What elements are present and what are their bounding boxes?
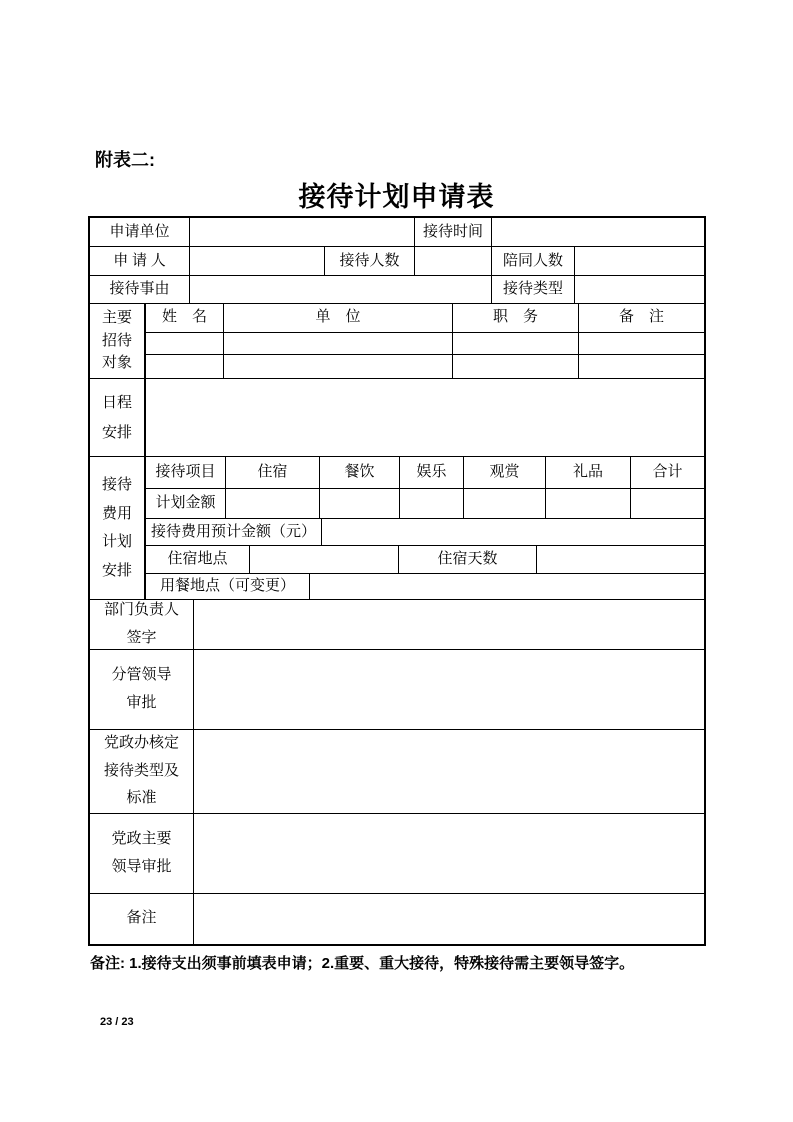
main-guests-section: 主要 招待 对象 姓 名 单 位 职 务 备 注 — [90, 304, 704, 379]
guest-remark-input[interactable] — [579, 355, 704, 378]
expense-plan-stub-label: 接待 费用 计划 安排 — [90, 457, 146, 599]
schedule-section: 日程 安排 — [90, 379, 704, 457]
schedule-input[interactable] — [146, 379, 704, 456]
main-guests-stub-label: 主要 招待 对象 — [90, 304, 146, 378]
expense-col-dining: 餐饮 — [320, 457, 400, 488]
page-number: 23 / 23 — [100, 1016, 134, 1028]
guest-count-label: 接待人数 — [325, 247, 415, 275]
remarks-section: 备注 — [90, 894, 704, 944]
main-leader-approval-section: 党政主要 领导审批 — [90, 814, 704, 894]
supervising-leader-approval-label: 分管领导 审批 — [90, 650, 194, 729]
expense-col-gifts: 礼品 — [546, 457, 631, 488]
companion-count-input[interactable] — [575, 247, 704, 275]
page-title: 接待计划申请表 — [0, 175, 793, 214]
dept-head-signature-section: 部门负责人 签字 — [90, 600, 704, 650]
applicant-unit-label: 申请单位 — [90, 218, 190, 246]
lodging-days-input[interactable] — [537, 546, 704, 573]
expense-col-lodging: 住宿 — [226, 457, 320, 488]
remarks-label: 备注 — [90, 894, 194, 944]
appendix-label: 附表二: — [95, 146, 155, 172]
main-leader-approval-input[interactable] — [194, 814, 704, 893]
companion-count-label: 陪同人数 — [492, 247, 575, 275]
dept-head-signature-input[interactable] — [194, 600, 704, 649]
main-guests-grid: 姓 名 单 位 职 务 备 注 — [146, 304, 704, 378]
reception-reason-input[interactable] — [190, 276, 492, 303]
guest-name-input[interactable] — [146, 333, 224, 355]
guest-row — [146, 355, 704, 378]
lodging-row: 住宿地点 住宿天数 — [146, 546, 704, 574]
lodging-place-label: 住宿地点 — [146, 546, 250, 573]
guest-name-input[interactable] — [146, 355, 224, 378]
lodging-place-input[interactable] — [250, 546, 399, 573]
guest-position-header: 职 务 — [453, 304, 579, 332]
application-form-table: 申请单位 接待时间 申 请 人 接待人数 陪同人数 接待事由 接待类型 主要 招… — [88, 216, 706, 946]
office-verification-label: 党政办核定 接待类型及 标准 — [90, 730, 194, 813]
guest-unit-input[interactable] — [224, 333, 453, 355]
lodging-days-label: 住宿天数 — [399, 546, 537, 573]
guest-position-input[interactable] — [453, 333, 579, 355]
amount-sightseeing-input[interactable] — [464, 489, 546, 518]
guest-remark-header: 备 注 — [579, 304, 704, 332]
guest-name-header: 姓 名 — [146, 304, 224, 332]
expense-plan-grid: 接待项目 住宿 餐饮 娱乐 观赏 礼品 合计 计划金额 — [146, 457, 704, 599]
estimate-label: 接待费用预计金额（元） — [146, 519, 322, 546]
expense-col-entertainment: 娱乐 — [400, 457, 464, 488]
reception-reason-label: 接待事由 — [90, 276, 190, 303]
expense-items-header-row: 接待项目 住宿 餐饮 娱乐 观赏 礼品 合计 — [146, 457, 704, 489]
estimate-row: 接待费用预计金额（元） — [146, 519, 704, 547]
reception-type-label: 接待类型 — [492, 276, 575, 303]
guests-header-row: 姓 名 单 位 职 务 备 注 — [146, 304, 704, 333]
guest-count-input[interactable] — [415, 247, 492, 275]
footer-note: 备注: 1.接待支出须事前填表申请；2.重要、重大接待，特殊接待需主要领导签字。 — [90, 952, 730, 973]
supervising-leader-approval-input[interactable] — [194, 650, 704, 729]
guest-unit-header: 单 位 — [224, 304, 453, 332]
expense-items-label: 接待项目 — [146, 457, 226, 488]
expense-plan-section: 接待 费用 计划 安排 接待项目 住宿 餐饮 娱乐 观赏 礼品 合计 计划金额 — [90, 457, 704, 600]
applicant-input[interactable] — [190, 247, 325, 275]
guest-position-input[interactable] — [453, 355, 579, 378]
applicant-unit-input[interactable] — [190, 218, 415, 246]
guest-row — [146, 333, 704, 356]
guest-unit-input[interactable] — [224, 355, 453, 378]
supervising-leader-approval-section: 分管领导 审批 — [90, 650, 704, 730]
schedule-stub-label: 日程 安排 — [90, 379, 146, 456]
amount-total-input[interactable] — [631, 489, 704, 518]
office-verification-section: 党政办核定 接待类型及 标准 — [90, 730, 704, 814]
estimate-input[interactable] — [322, 519, 704, 546]
table-row: 申 请 人 接待人数 陪同人数 — [90, 247, 704, 276]
table-row: 申请单位 接待时间 — [90, 218, 704, 247]
expense-col-sightseeing: 观赏 — [464, 457, 546, 488]
planned-amount-row: 计划金额 — [146, 489, 704, 519]
table-row: 接待事由 接待类型 — [90, 276, 704, 304]
applicant-label: 申 请 人 — [90, 247, 190, 275]
reception-time-label: 接待时间 — [415, 218, 492, 246]
amount-gifts-input[interactable] — [546, 489, 631, 518]
remarks-input[interactable] — [194, 894, 704, 944]
planned-amount-label: 计划金额 — [146, 489, 226, 518]
document-page: 附表二: 接待计划申请表 申请单位 接待时间 申 请 人 接待人数 陪同人数 接… — [0, 0, 793, 1122]
amount-entertainment-input[interactable] — [400, 489, 464, 518]
guest-remark-input[interactable] — [579, 333, 704, 355]
dining-place-input[interactable] — [310, 574, 704, 599]
reception-type-input[interactable] — [575, 276, 704, 303]
dining-place-label: 用餐地点（可变更） — [146, 574, 310, 599]
expense-col-total: 合计 — [631, 457, 704, 488]
office-verification-input[interactable] — [194, 730, 704, 813]
main-leader-approval-label: 党政主要 领导审批 — [90, 814, 194, 893]
reception-time-input[interactable] — [492, 218, 704, 246]
dining-row: 用餐地点（可变更） — [146, 574, 704, 599]
amount-dining-input[interactable] — [320, 489, 400, 518]
amount-lodging-input[interactable] — [226, 489, 320, 518]
dept-head-signature-label: 部门负责人 签字 — [90, 600, 194, 649]
